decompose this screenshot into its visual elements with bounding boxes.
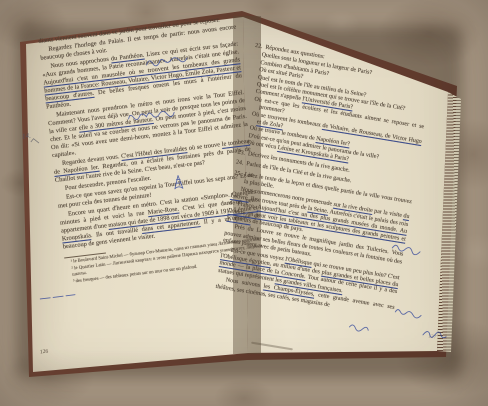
page-number-left: 126 (40, 349, 49, 356)
exercise-number: 23. (237, 149, 245, 156)
exercise-number: 22. (255, 43, 263, 50)
exercise-number: 25. (234, 170, 242, 177)
handwritten-margin-note: 14. (22, 132, 32, 141)
exercise-number: 24. (235, 160, 243, 167)
photo-open-book: diants viennent souvent dans ce jardin p… (0, 0, 488, 406)
page-number-right: 127 (428, 333, 437, 340)
